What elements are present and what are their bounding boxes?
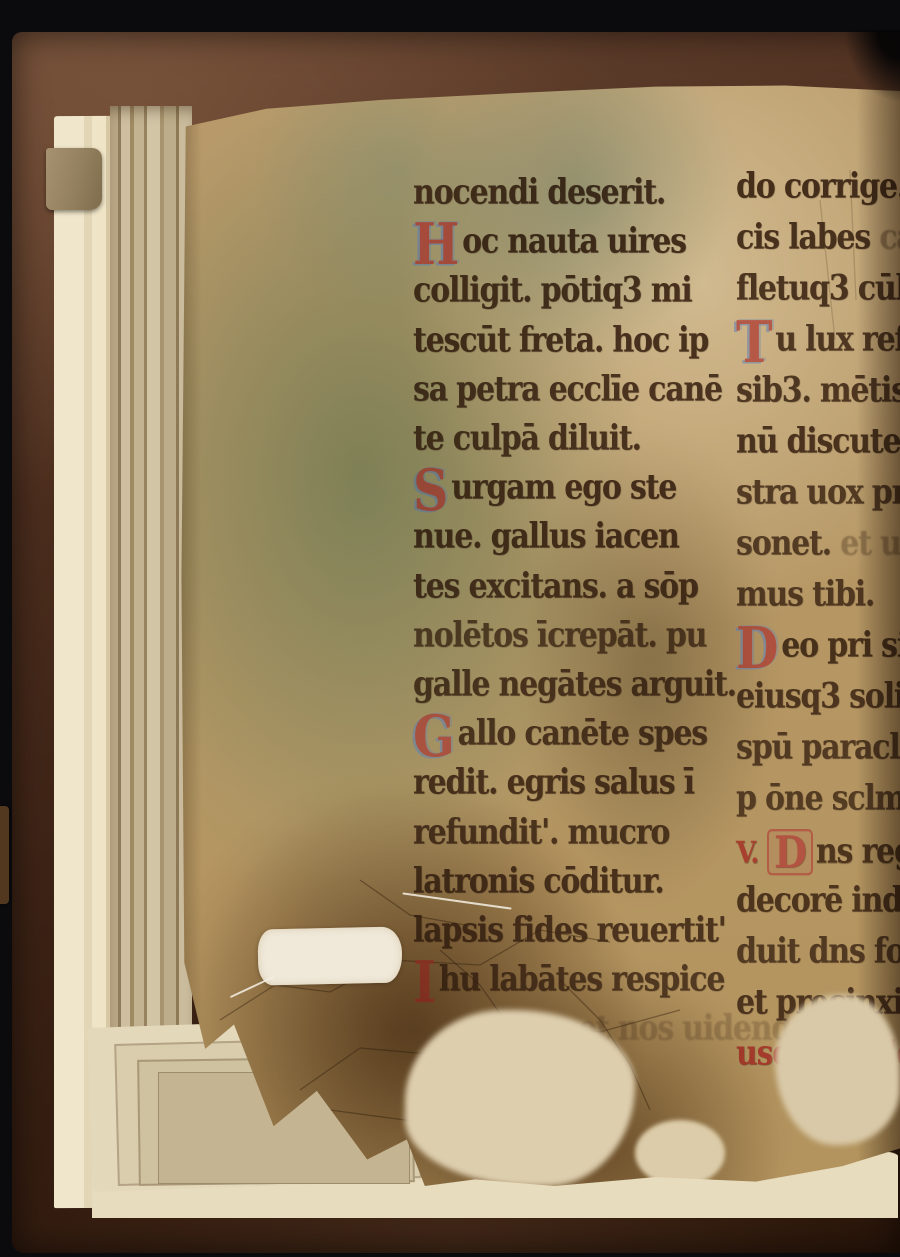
text-line: colligit. pōtiq3 mi	[413, 270, 691, 311]
text-line: redit. egris salus ī	[413, 762, 694, 803]
text-segment: sa petra ecclīe canē	[413, 369, 722, 410]
text-line: tes excitans. a sōp	[413, 566, 698, 607]
text-segment: urgam ego ste	[451, 467, 676, 508]
text-line: do corrige. si respi	[736, 166, 900, 207]
text-line: te culpā diluit.	[413, 418, 641, 459]
text-segment: p ōne sclm amen.	[736, 778, 900, 819]
text-line: Hoc nauta uires	[413, 221, 686, 264]
text-line: sa petra ecclīe canē	[413, 369, 722, 410]
manuscript-page: nocendi deserit.Hoc nauta uirescolligit.…	[180, 80, 900, 1186]
text-line: galle negātes arguit.	[413, 664, 736, 705]
text-segment: nocendi deserit.	[413, 172, 665, 213]
text-segment: oc nauta uires	[462, 221, 686, 262]
text-line: nū discute. te no	[736, 421, 900, 462]
text-segment: redit. egris salus ī	[413, 762, 694, 803]
text-line: Ihu labātes respice	[413, 959, 724, 1002]
repair-patch	[257, 926, 402, 985]
clasp-fragment	[0, 806, 9, 904]
text-line: p ōne sclm amen.	[736, 778, 900, 819]
text-segment: do corrige. si respi	[736, 166, 900, 207]
gutter-corner-shadow	[838, 30, 900, 110]
text-segment: duit dns fortitudīe	[736, 931, 900, 972]
text-line: V. Dns regnauit	[736, 829, 900, 875]
text-segment: ns regnauit	[816, 831, 900, 872]
text-line: Deo pri sit gloria.	[736, 625, 900, 668]
text-segment: spū paraclito nūc	[736, 727, 900, 768]
text-line: sib3. mētisq3 sōp	[736, 370, 900, 411]
text-line: stra uox primū	[736, 472, 900, 513]
text-line: nolētos īcrepāt. pu	[413, 615, 706, 656]
illuminated-initial: H	[413, 225, 458, 264]
text-segment: nue. gallus iacen	[413, 516, 679, 557]
text-segment: et uota	[840, 523, 900, 564]
text-segment: te culpā diluit.	[413, 418, 641, 459]
text-segment: latronis cōditur.	[413, 861, 663, 902]
text-line: lapsis fides reuertit'	[413, 910, 726, 951]
text-segment: galle negātes arguit.	[413, 664, 736, 705]
bookmark-tab	[46, 148, 102, 210]
text-segment: colligit. pōtiq3 mi	[413, 270, 691, 311]
illuminated-initial: D	[736, 628, 777, 667]
text-segment: tescūt freta. hoc ip	[413, 320, 708, 361]
text-line: decorē induit. R. In	[736, 880, 900, 921]
worn-patch	[405, 1010, 635, 1186]
text-line: eiusq3 soli filio	[736, 676, 900, 717]
text-line: nue. gallus iacen	[413, 516, 679, 557]
text-segment: sonet.	[736, 523, 840, 564]
text-segment: nū discute. te no	[736, 421, 900, 462]
illuminated-initial: I	[413, 963, 435, 1002]
text-line: latronis cōditur.	[413, 861, 663, 902]
text-segment: fletuq3 cūlpa soluit.	[736, 268, 900, 309]
text-line: Gallo canēte spes	[413, 713, 707, 756]
text-line: sonet. et uota solua	[736, 523, 900, 564]
illuminated-initial: D	[767, 829, 813, 875]
text-segment: eo pri sit glo	[781, 625, 900, 666]
illuminated-initial: G	[413, 717, 454, 756]
text-segment: eiusq3 soli filio	[736, 676, 900, 717]
text-line: Surgam ego ste	[413, 467, 676, 510]
text-segment: decorē induit.	[736, 880, 900, 921]
text-line: mus tibi.	[736, 574, 874, 615]
text-segment: u lux refulge sē	[775, 319, 900, 360]
text-segment: refundit'. mucro	[413, 812, 669, 853]
text-line: cis labes cadūt	[736, 217, 900, 258]
worn-patch	[775, 995, 900, 1145]
text-segment: nolētos īcrepāt. pu	[413, 615, 706, 656]
text-line: refundit'. mucro	[413, 812, 669, 853]
worn-patch	[635, 1120, 725, 1186]
text-line: duit dns fortitudīe	[736, 931, 900, 972]
photo-of-manuscript: nocendi deserit.Hoc nauta uirescolligit.…	[0, 0, 900, 1257]
illuminated-initial: S	[413, 471, 447, 510]
text-line: nocendi deserit.	[413, 172, 665, 213]
right-column: do corrige. si respicis labes cadūtfletu…	[736, 166, 900, 1106]
left-column: nocendi deserit.Hoc nauta uirescolligit.…	[413, 172, 743, 1112]
text-segment: hu labātes respice	[439, 959, 725, 1000]
text-segment: cis labes	[736, 217, 879, 258]
text-segment: cadūt	[879, 217, 900, 258]
text-segment: lapsis fides reuertit'	[413, 910, 726, 951]
text-segment: sib3. mētisq3 sōp	[736, 370, 900, 411]
text-segment: stra uox primū	[736, 472, 900, 513]
text-line: Tu lux refulge sē	[736, 319, 900, 362]
text-line: spū paraclito nūc	[736, 727, 900, 768]
illuminated-initial: T	[736, 322, 771, 361]
text-line: tescūt freta. hoc ip	[413, 320, 708, 361]
text-segment: V.	[736, 836, 766, 871]
text-line: fletuq3 cūlpa soluit.	[736, 268, 900, 309]
text-segment: allo canēte spes	[458, 713, 707, 754]
text-segment: tes excitans. a sōp	[413, 566, 698, 607]
text-segment: mus tibi.	[736, 574, 874, 615]
